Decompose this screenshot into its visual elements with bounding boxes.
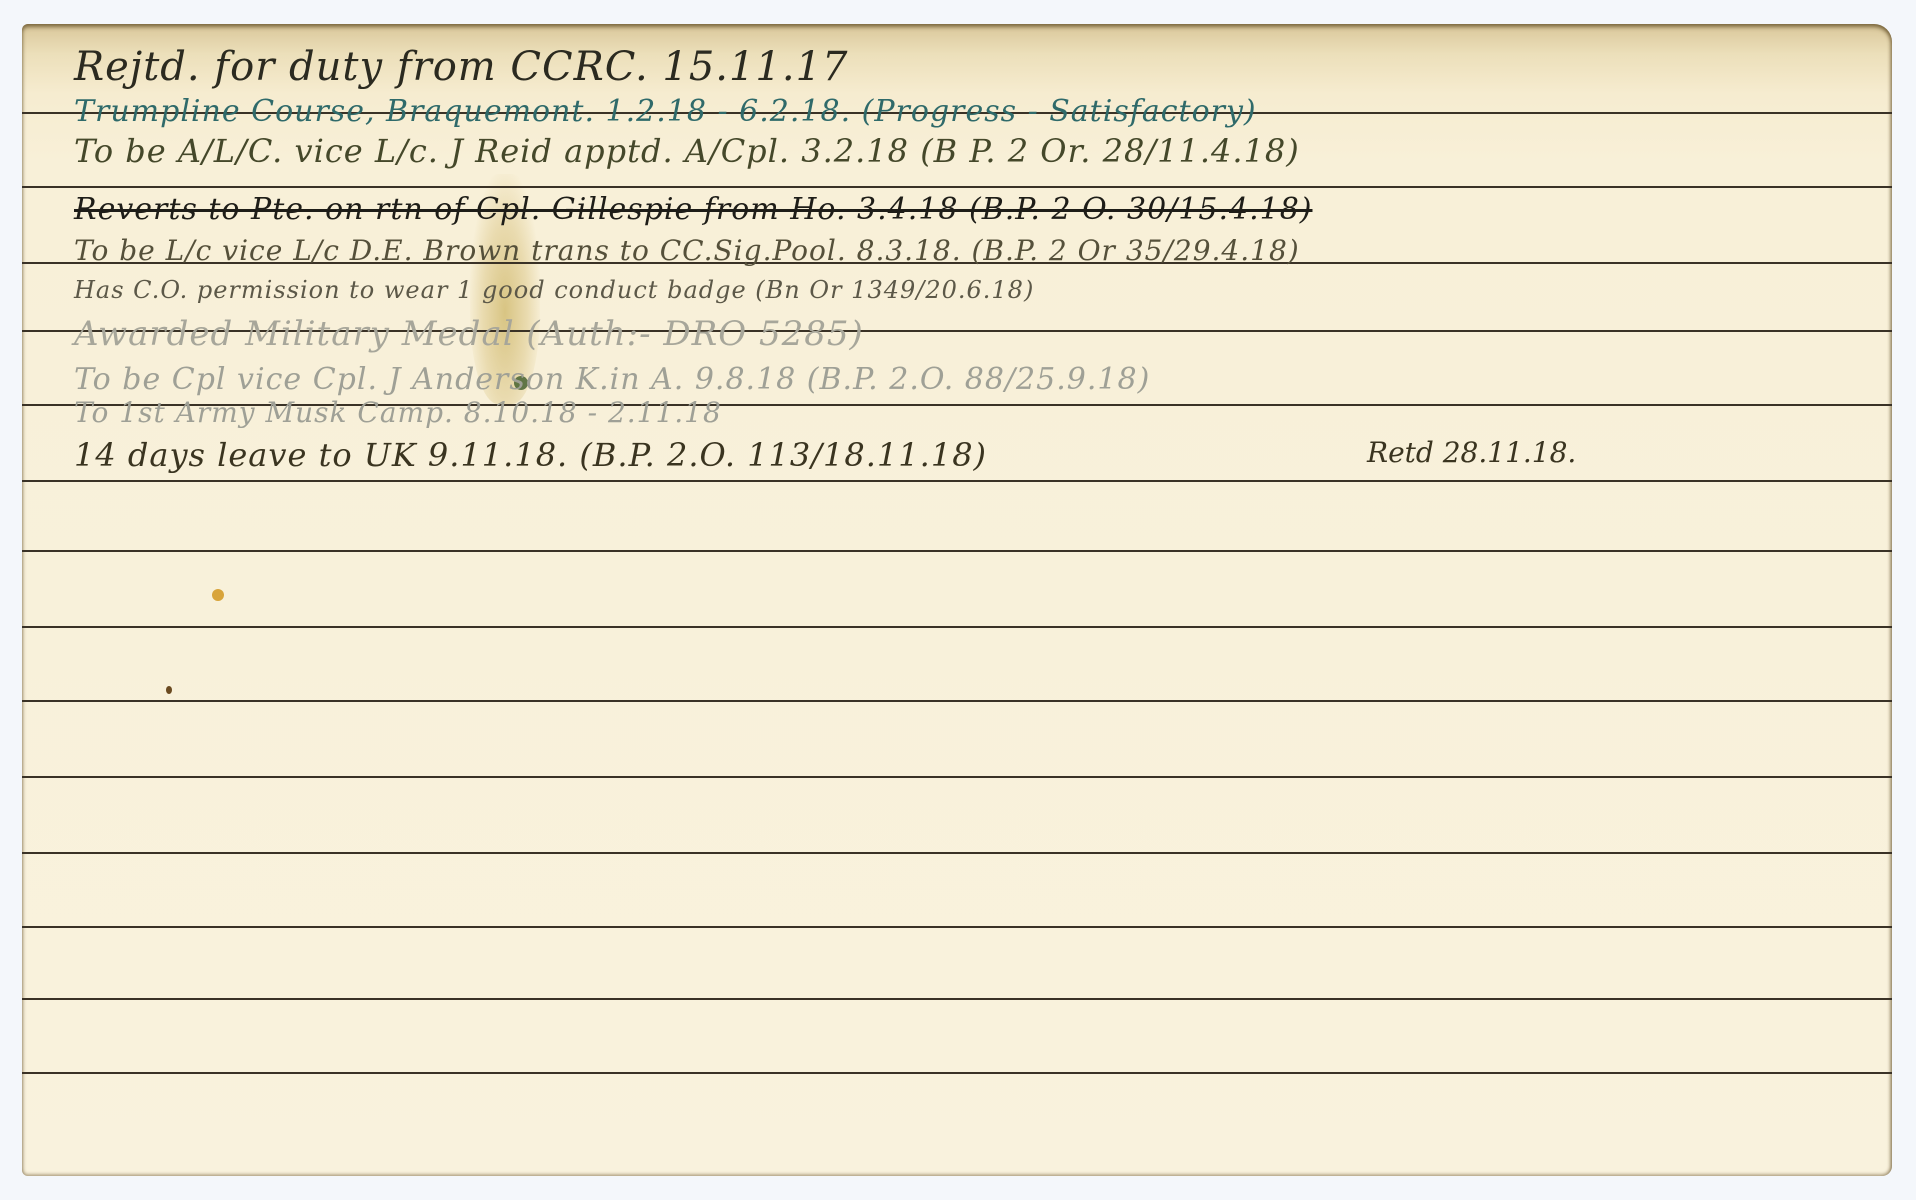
- ruled-line: [22, 186, 1892, 188]
- entry-corporal: To be Cpl vice Cpl. J Anderson K.in A. 9…: [74, 362, 1150, 397]
- ruled-line: [22, 700, 1892, 702]
- entry-acting-lance-corporal: To be A/L/C. vice L/c. J Reid apptd. A/C…: [74, 132, 1300, 170]
- ruled-line: [22, 550, 1892, 552]
- stain-spot: [212, 589, 224, 601]
- entry-good-conduct-badge: Has C.O. permission to wear 1 good condu…: [74, 276, 1034, 304]
- entry-leave-to-uk: 14 days leave to UK 9.11.18. (B.P. 2.O. …: [74, 436, 987, 474]
- ruled-line: [22, 998, 1892, 1000]
- returned-note: Retd 28.11.18.: [1367, 436, 1576, 469]
- ruled-line: [22, 926, 1892, 928]
- ruled-line: [22, 776, 1892, 778]
- ruled-line: [22, 480, 1892, 482]
- entry-reverts-to-private: Reverts to Pte. on rtn of Cpl. Gillespie…: [74, 192, 1312, 227]
- entry-military-medal: Awarded Military Medal (Auth:- DRO 5285): [74, 314, 864, 354]
- ruled-line: [22, 626, 1892, 628]
- entry-lance-corporal: To be L/c vice L/c D.E. Brown trans to C…: [74, 234, 1300, 267]
- ruled-line: [22, 852, 1892, 854]
- stain-spot: [166, 686, 172, 694]
- entry-rejoined-duty: Rejtd. for duty from CCRC. 15.11.17: [74, 44, 849, 90]
- record-card: Rejtd. for duty from CCRC. 15.11.17 Trum…: [22, 24, 1892, 1176]
- entry-trumpline-course: Trumpline Course, Braquemont. 1.2.18 - 6…: [74, 94, 1257, 129]
- ruled-line: [22, 1072, 1892, 1074]
- entry-army-camp: To 1st Army Musk Camp. 8.10.18 - 2.11.18: [74, 396, 722, 429]
